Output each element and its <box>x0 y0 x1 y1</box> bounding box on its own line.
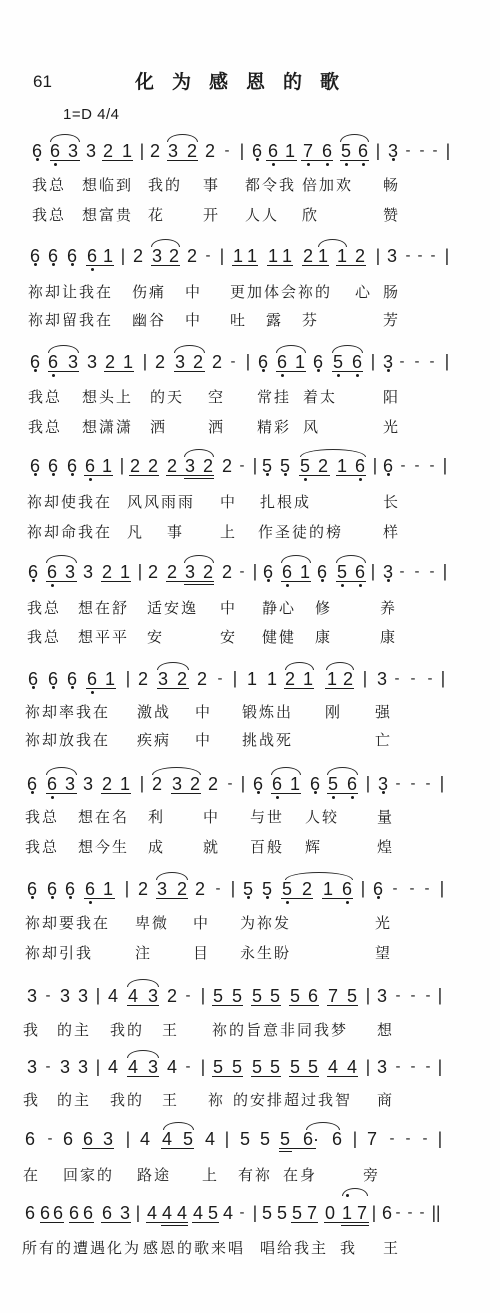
note: 3 <box>78 987 88 1005</box>
lyric-segment: 倍加欢 <box>302 176 353 194</box>
eighth-underline <box>324 1222 369 1223</box>
sustain-dash: - <box>430 353 435 371</box>
lyric-segment: 感恩的歌来唱 <box>143 1239 245 1257</box>
lyric-segment: 肠 <box>383 283 400 301</box>
sustain-dash: - <box>411 1058 416 1076</box>
lyric-segment: 芳 <box>383 311 400 329</box>
barline: | <box>233 670 237 689</box>
note: 3 <box>157 880 167 898</box>
lyric-segment: 作圣徒的榜 <box>258 523 343 541</box>
note: 3 <box>87 353 97 371</box>
barline: | <box>201 1058 205 1077</box>
eighth-underline <box>267 265 293 266</box>
eighth-underline <box>157 688 189 689</box>
note: 6 <box>47 563 57 581</box>
lyric-segment: 想 <box>377 1021 394 1039</box>
barline: | <box>445 247 449 266</box>
sustain-dash: - <box>218 670 223 688</box>
note: 2 <box>167 563 177 581</box>
note: 2 <box>167 457 177 475</box>
eighth-underline <box>279 1148 316 1149</box>
lyric-segment: 注 <box>135 944 152 962</box>
note: 3 <box>377 1058 387 1076</box>
lyric-segment: 露 <box>266 311 283 329</box>
eighth-underline <box>327 1076 358 1077</box>
octave-dot-below <box>382 791 385 794</box>
octave-dot-below <box>276 796 279 799</box>
octave-dot-below <box>345 163 348 166</box>
sixteenth-underline <box>184 584 214 585</box>
octave-dot-below <box>262 369 265 372</box>
octave-dot-below <box>71 473 74 476</box>
lyric-segment: 想在舒 <box>78 599 129 617</box>
eighth-underline <box>266 160 297 161</box>
note: 3 <box>83 775 93 793</box>
eighth-underline <box>340 160 369 161</box>
note: 1 <box>122 142 132 160</box>
barline: | <box>231 880 235 899</box>
lyric-segment: 中 <box>195 703 212 721</box>
barline: | <box>363 670 367 689</box>
lyric-segment: 心 <box>355 283 372 301</box>
note: 3 <box>172 775 182 793</box>
eighth-underline <box>322 898 353 899</box>
barline: | <box>445 353 449 372</box>
note: 5 <box>232 1058 242 1076</box>
note: 6 <box>352 353 362 371</box>
note: 4 <box>167 1058 177 1076</box>
octave-dot-below <box>54 163 57 166</box>
eighth-underline <box>212 1005 243 1006</box>
barline: | <box>253 1204 257 1223</box>
note: 6 <box>25 1130 35 1148</box>
final-barline: || <box>432 1204 441 1223</box>
lyric-segment: 中 <box>220 493 237 511</box>
key-time-signature: 1=D 4/4 <box>63 106 119 124</box>
octave-dot-below <box>387 369 390 372</box>
note: 5 <box>277 1204 287 1222</box>
lyric-segment: 中 <box>185 283 202 301</box>
lyric-segment: 伤痛 <box>132 283 166 301</box>
octave-dot-below <box>51 896 54 899</box>
sheet-music-page: 61 化为感恩的歌 1=D 4/4 663321|2322-|6617656|3… <box>0 0 500 1313</box>
note: 1 <box>323 880 333 898</box>
barline: | <box>361 880 365 899</box>
sustain-dash: - <box>228 775 233 793</box>
sustain-dash: - <box>433 142 438 160</box>
note: 4 <box>108 987 118 1005</box>
lyric-segment: 光 <box>383 418 400 436</box>
note: 6 <box>308 987 318 1005</box>
note: 6 <box>322 142 332 160</box>
lyric-segment: 洒 <box>208 418 225 436</box>
note: 2 <box>195 880 205 898</box>
lyric-segment: 我总 <box>25 838 59 856</box>
note: 6· <box>303 1130 319 1148</box>
lyric-segment: 百般 <box>250 838 284 856</box>
octave-dot-below <box>332 796 335 799</box>
eighth-underline <box>251 1076 281 1077</box>
lyric-segment: 的天 <box>150 388 184 406</box>
sustain-dash: - <box>46 987 51 1005</box>
note: 7 <box>367 1130 377 1148</box>
eighth-underline <box>212 1076 243 1077</box>
barline: | <box>253 563 257 582</box>
octave-dot-below <box>69 896 72 899</box>
lyric-segment: 辉 <box>305 838 322 856</box>
lyric-segment: 我总 <box>32 206 66 224</box>
lyric-segment: 挑战死 <box>242 731 293 749</box>
eighth-underline <box>86 265 114 266</box>
octave-dot-below <box>71 263 74 266</box>
note: 5 <box>328 775 338 793</box>
note: 3 <box>387 247 397 265</box>
octave-dot-below <box>51 796 54 799</box>
sustain-dash: - <box>393 880 398 898</box>
note: 3 <box>168 142 178 160</box>
sustain-dash: - <box>186 1058 191 1076</box>
octave-dot-below <box>337 374 340 377</box>
lyric-segment: 有祢 <box>238 1166 272 1184</box>
note: 4 <box>128 1058 138 1076</box>
note: 2 <box>187 247 197 265</box>
barline: | <box>138 563 142 582</box>
note: 3 <box>148 987 158 1005</box>
note: 6 <box>355 563 365 581</box>
note: 4 <box>205 1130 215 1148</box>
lyric-segment: 中 <box>195 731 212 749</box>
note: 1 <box>103 247 113 265</box>
note: 1 <box>103 880 113 898</box>
note: 6 <box>63 1130 73 1148</box>
barline: | <box>438 987 442 1006</box>
note: 2 <box>138 670 148 688</box>
lyric-segment: 与世 <box>250 808 284 826</box>
note: 6 <box>85 880 95 898</box>
lyric-segment: 商 <box>377 1091 394 1109</box>
note: 1 <box>268 247 278 265</box>
eighth-underline <box>46 581 77 582</box>
lyric-segment: 我的 <box>110 1021 144 1039</box>
sustain-dash: - <box>415 457 420 475</box>
note: 6 <box>102 1204 112 1222</box>
lyric-segment: 芬 <box>302 311 319 329</box>
barline: | <box>143 353 147 372</box>
note: 3 <box>27 987 37 1005</box>
sustain-dash: - <box>396 1058 401 1076</box>
lyric-segment: 的安排超过我智 <box>233 1091 352 1109</box>
octave-dot-below <box>286 901 289 904</box>
note: 6 <box>382 1204 392 1222</box>
note: 6 <box>272 775 282 793</box>
barline: | <box>373 457 377 476</box>
lyric-segment: 祢却留我在 <box>28 311 113 329</box>
lyric-segment: 祢却要我在 <box>25 914 110 932</box>
sustain-dash: - <box>426 1058 431 1076</box>
lyric-segment: 卑微 <box>135 914 169 932</box>
note: 6 <box>282 563 292 581</box>
sustain-dash: - <box>420 142 425 160</box>
note: 1 <box>120 775 130 793</box>
eighth-underline <box>104 371 134 372</box>
lyric-segment: 祢的旨意非同我梦 <box>212 1021 348 1039</box>
note: 6 <box>347 775 357 793</box>
note: 4 <box>128 987 138 1005</box>
octave-dot-below <box>89 901 92 904</box>
octave-dot-below <box>346 901 349 904</box>
lyric-segment: 永生盼 <box>240 944 291 962</box>
eighth-underline <box>50 160 80 161</box>
eighth-underline <box>166 475 214 476</box>
lyric-segment: 祢却放我在 <box>25 731 110 749</box>
octave-dot-below <box>317 369 320 372</box>
lyric-segment: 精彩 <box>257 418 291 436</box>
note: 6 <box>48 353 58 371</box>
lyric-segment: 强 <box>375 703 392 721</box>
sustain-dash: - <box>396 775 401 793</box>
lyric-segment: 想头上 <box>82 388 133 406</box>
note: 4 <box>328 1058 338 1076</box>
lyric-segment: 欣 <box>302 206 319 224</box>
eighth-underline <box>271 793 301 794</box>
sustain-dash: - <box>396 1204 401 1222</box>
note: 3 <box>120 1204 130 1222</box>
lyric-segment: 我总 <box>27 628 61 646</box>
lyric-segment: 风 <box>303 418 320 436</box>
lyric-segment: 我 <box>340 1239 357 1257</box>
sustain-dash: - <box>400 353 405 371</box>
note: 2 <box>203 457 213 475</box>
note: 1 <box>247 247 257 265</box>
note: 7 <box>328 987 338 1005</box>
sustain-dash: - <box>426 775 431 793</box>
sustain-dash: - <box>410 880 415 898</box>
page-number: 61 <box>33 72 52 92</box>
eighth-underline <box>167 160 198 161</box>
note: 1 <box>285 142 295 160</box>
lyric-segment: 洒 <box>150 418 167 436</box>
note: 5 <box>280 1130 290 1148</box>
lyric-segment: 想平平 <box>78 628 129 646</box>
note: 4 <box>147 1204 157 1222</box>
octave-dot-below <box>341 584 344 587</box>
note: 7 <box>357 1204 367 1222</box>
note: 3 <box>83 563 93 581</box>
eighth-underline <box>161 1148 194 1149</box>
note: 6 <box>355 457 365 475</box>
lyric-segment: 旁 <box>363 1166 380 1184</box>
barline: | <box>376 142 380 161</box>
lyric-segment: 为祢发 <box>240 914 291 932</box>
lyric-segment: 上 <box>220 523 237 541</box>
lyric-segment: 王 <box>162 1021 179 1039</box>
lyric-segment: 人较 <box>305 808 339 826</box>
octave-dot-below <box>91 691 94 694</box>
sustain-dash: - <box>420 1204 425 1222</box>
note: 6 <box>69 1204 79 1222</box>
octave-dot-below <box>356 374 359 377</box>
eighth-underline <box>299 475 330 476</box>
note: 5 <box>290 1058 300 1076</box>
lyric-segment: 在 <box>23 1166 40 1184</box>
lyric-segment: 花 <box>148 206 165 224</box>
barline: | <box>443 563 447 582</box>
eighth-underline <box>327 1005 358 1006</box>
song-title: 化为感恩的歌 <box>135 70 357 94</box>
lyric-segment: 想在名 <box>78 808 129 826</box>
octave-dot-below <box>267 579 270 582</box>
lyric-segment: 空 <box>208 388 225 406</box>
barline: | <box>240 142 244 161</box>
note: 1 <box>105 670 115 688</box>
lyric-segment: 目 <box>193 944 210 962</box>
octave-dot-below <box>321 579 324 582</box>
note: 5 <box>270 987 280 1005</box>
note: 1 <box>282 247 292 265</box>
note: 4 <box>162 1204 172 1222</box>
lyric-segment: 光 <box>375 914 392 932</box>
eighth-underline <box>291 1222 318 1223</box>
note: 3 <box>175 353 185 371</box>
barline: | <box>140 142 144 161</box>
note: 3 <box>78 1058 88 1076</box>
lyric-segment: 我的 <box>148 176 182 194</box>
sixteenth-underline <box>279 1151 292 1152</box>
lyric-segment: 锻炼出 <box>242 703 293 721</box>
note: 6 <box>50 142 60 160</box>
note: 2 <box>177 670 187 688</box>
octave-dot-below <box>326 163 329 166</box>
eighth-underline <box>276 371 306 372</box>
eighth-underline <box>127 1005 159 1006</box>
octave-dot-below <box>32 579 35 582</box>
note: 6 <box>85 457 95 475</box>
note: 2 <box>208 775 218 793</box>
lyric-segment: 想临到 <box>82 176 133 194</box>
lyric-segment: 中 <box>203 808 220 826</box>
note: 2 <box>102 775 112 793</box>
note: 5 <box>252 987 262 1005</box>
lyric-segment: 畅 <box>383 176 400 194</box>
octave-dot-below <box>31 791 34 794</box>
sustain-dash: - <box>390 1130 395 1148</box>
barline: | <box>440 775 444 794</box>
note: 2 <box>130 457 140 475</box>
sustain-dash: - <box>411 987 416 1005</box>
note: 2 <box>222 457 232 475</box>
eighth-underline <box>171 793 201 794</box>
eighth-underline <box>301 160 333 161</box>
octave-dot-below <box>52 263 55 266</box>
eighth-underline <box>69 1222 94 1223</box>
lyric-segment: 安 <box>147 628 164 646</box>
note: 5 <box>347 987 357 1005</box>
octave-dot-below <box>71 686 74 689</box>
sustain-dash: - <box>406 247 411 265</box>
barline: | <box>120 457 124 476</box>
octave-dot-below <box>36 158 39 161</box>
barline: | <box>136 1204 140 1223</box>
note: 2 <box>133 247 143 265</box>
note: 4 <box>223 1204 233 1222</box>
eighth-underline <box>281 581 311 582</box>
eighth-underline <box>82 1148 114 1149</box>
lyric-segment: 更加体会祢的 <box>230 283 332 301</box>
note: 2 <box>222 563 232 581</box>
lyric-segment: 修 <box>315 599 332 617</box>
sustain-dash: - <box>240 457 245 475</box>
lyric-segment: 想潇潇 <box>82 418 133 436</box>
lyric-segment: 的主 <box>57 1021 91 1039</box>
lyric-segment: 适安逸 <box>147 599 198 617</box>
lyric-segment: 着太 <box>303 388 337 406</box>
note: 6 <box>40 1204 50 1222</box>
eighth-underline <box>251 1005 281 1006</box>
lyric-segment: 静心 <box>262 599 296 617</box>
note: 5 <box>308 1058 318 1076</box>
lyric-segment: 风风雨雨 <box>127 493 195 511</box>
sustain-dash: - <box>431 247 436 265</box>
lyric-segment: 长 <box>383 493 400 511</box>
lyric-segment: 想富贵 <box>82 206 133 224</box>
note: 0 <box>325 1204 335 1222</box>
lyric-segment: 我 <box>23 1021 40 1039</box>
sixteenth-underline <box>184 478 214 479</box>
lyric-segment: 赞 <box>383 206 400 224</box>
lyric-segment: 亡 <box>375 731 392 749</box>
note: 1 <box>318 247 328 265</box>
note: 4 <box>193 1204 203 1222</box>
note: 2 <box>148 563 158 581</box>
lyric-segment: 幽谷 <box>132 311 166 329</box>
barline: | <box>220 247 224 266</box>
note: 1 <box>300 563 310 581</box>
note: 7 <box>307 1204 317 1222</box>
note: 3 <box>65 775 75 793</box>
sustain-dash: - <box>400 563 405 581</box>
note: 1 <box>327 670 337 688</box>
octave-dot-below <box>284 473 287 476</box>
lyric-segment: 常挂 <box>257 388 291 406</box>
lyric-segment: 的主 <box>57 1091 91 1109</box>
octave-dot-below <box>351 796 354 799</box>
lyric-segment: 人人 <box>245 206 279 224</box>
sustain-dash: - <box>430 563 435 581</box>
lyric-segment: 事 <box>167 523 184 541</box>
barline: | <box>225 1130 229 1149</box>
note: 1 <box>337 247 347 265</box>
sustain-dash: - <box>225 142 230 160</box>
eighth-underline <box>86 688 116 689</box>
note: 7 <box>303 142 313 160</box>
barline: | <box>96 987 100 1006</box>
eighth-underline <box>48 371 79 372</box>
note: 2 <box>169 247 179 265</box>
octave-dot-below <box>377 896 380 899</box>
sustain-dash: - <box>415 563 420 581</box>
note: 3 <box>103 1130 113 1148</box>
sustain-dash: - <box>216 880 221 898</box>
sustain-dash: - <box>411 775 416 793</box>
note: 2 <box>203 563 213 581</box>
lyric-segment: 我总 <box>25 808 59 826</box>
eighth-underline <box>166 581 214 582</box>
barline: | <box>366 1058 370 1077</box>
octave-dot-below <box>247 896 250 899</box>
lyric-segment: 中 <box>193 914 210 932</box>
lyric-segment: 祢却引我 <box>25 944 93 962</box>
lyric-segment: 王 <box>162 1091 179 1109</box>
